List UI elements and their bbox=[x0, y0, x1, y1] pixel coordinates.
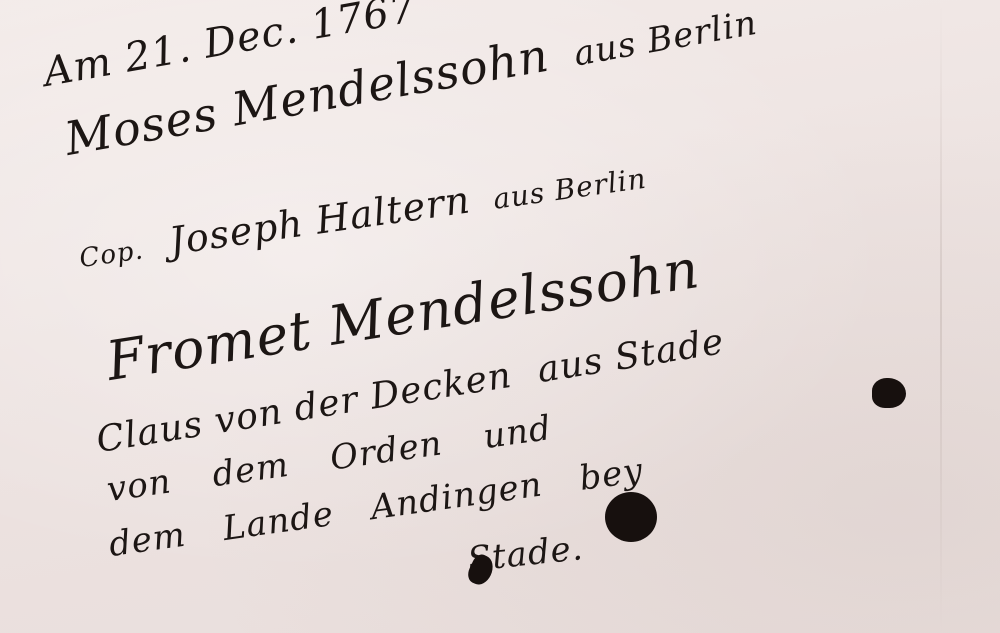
official-origin: aus Stade bbox=[534, 321, 727, 391]
groom-father-name: Joseph Haltern bbox=[167, 177, 473, 263]
manuscript-page: Am 21. Dec. 1767 Moses Mendelssohn aus B… bbox=[0, 0, 1000, 633]
groom-origin: aus Berlin bbox=[571, 3, 761, 75]
groom-father-origin: aus Berlin bbox=[491, 162, 649, 216]
groom-father-prefix: Cop. bbox=[78, 235, 146, 274]
ink-blot bbox=[872, 378, 906, 408]
paper-fold bbox=[940, 0, 942, 633]
ink-blot bbox=[605, 492, 657, 542]
